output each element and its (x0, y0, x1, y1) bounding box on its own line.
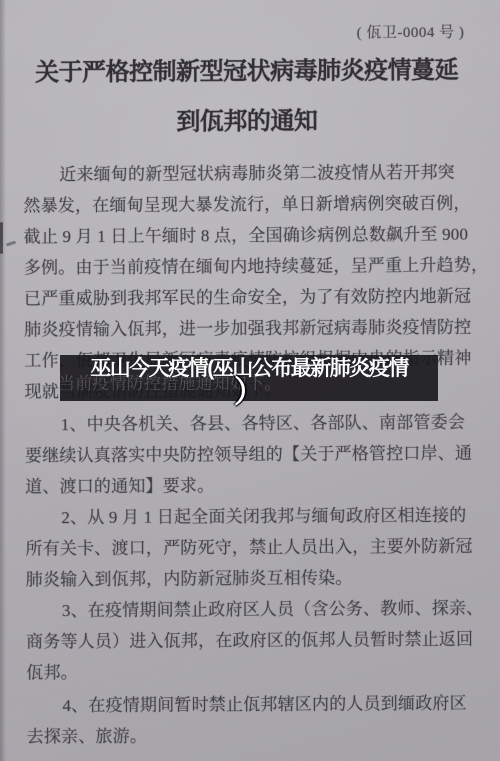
doc-line: 4、在疫情期间暂时禁止佤邦辖区内的人员到缅政府区 (26, 688, 474, 722)
paragraph-item-4: 4、在疫情期间暂时禁止佤邦辖区内的人员到缅政府区 去探亲、旅游。 (26, 688, 474, 753)
doc-line: 肺炎输入到佤邦，内防新冠肺炎互相传染。 (26, 562, 474, 596)
doc-line: 肺炎疫情输入佤邦，进一步加强我邦新冠病毒肺炎疫情防控 (24, 312, 472, 346)
doc-line: 然暴发，在缅甸呈现大暴发流行，单日新增病例突破百例， (23, 188, 471, 222)
doc-line: 多例。由于当前疫情在缅甸内地持续蔓延，呈严重上升趋势， (24, 250, 472, 284)
doc-line: 已严重威胁到我邦军民的生命安全，为了有效防控内地新冠 (24, 281, 472, 315)
paragraph-item-2: 2、从 9 月 1 日起全面关闭我邦与缅甸政府区相连接的 所有关卡、渡口，严防死… (25, 500, 474, 596)
doc-line: 近来缅甸的新型冠状病毒肺炎第二波疫情从若开邦突 (23, 157, 471, 191)
doc-line: 2、从 9 月 1 日起全面关闭我邦与缅甸政府区相连接的 (25, 500, 473, 534)
doc-line: 去探亲、旅游。 (27, 719, 475, 753)
doc-line: 所有关卡、渡口，严防死守，禁止人员出入，主要外防新冠 (25, 531, 473, 565)
doc-line: 商务等人员）进入佤邦，在政府区的佤邦人员暂时禁止返回 (26, 624, 474, 658)
doc-line: 截止 9 月 1 日上午缅时 8 点，全国确诊病例总数飙升至 900 (24, 219, 472, 253)
document-photo: ( 佤卫-0004 号 ) 关于严格控制新型冠状病毒肺炎疫情蔓延 到佤邦的通知 … (0, 0, 500, 761)
doc-line: 佤邦。 (26, 655, 474, 689)
doc-title-line2: 到佤邦的通知 (23, 103, 471, 142)
caption-overlay: 当前疫情防控措施通知如下。 巫山今天疫情(巫山公布最新肺炎疫情 ） (60, 355, 438, 401)
doc-line: 道、渡口的通知】要求。 (25, 469, 473, 503)
paragraph-item-3: 3、在疫情期间禁止政府区人员（含公务、教师、探亲、 商务等人员）进入佤邦，在政府… (26, 593, 475, 689)
doc-number: ( 佤卫-0004 号 ) (22, 23, 470, 46)
paragraph-item-1: 1、中央各机关、各县、各特区、各部队、南部管委会 要继续认真落实中央防控领导组的… (25, 407, 474, 503)
doc-line: 要继续认真落实中央防控领导组的【关于严格管控口岸、通 (25, 438, 473, 472)
caption-closing-paren: ） (234, 377, 264, 409)
doc-line: 1、中央各机关、各县、各特区、各部队、南部管委会 (25, 407, 473, 441)
doc-line: 3、在疫情期间禁止政府区人员（含公务、教师、探亲、 (26, 593, 474, 627)
doc-title-line1: 关于严格控制新型冠状病毒肺炎疫情蔓延 (22, 53, 470, 92)
